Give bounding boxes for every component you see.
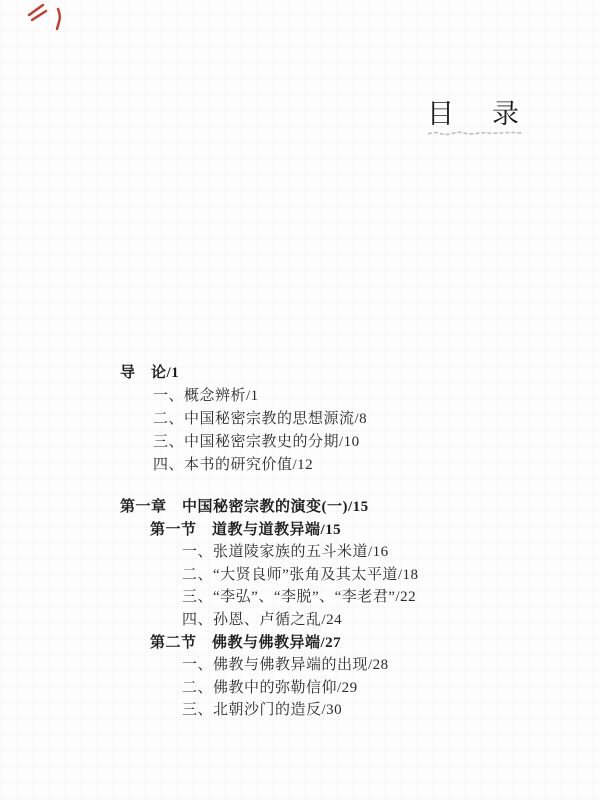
toc-entry-section-heading: 第二节 佛教与佛教异端/27 <box>120 632 590 655</box>
toc-entry: 二、“大贤良师”张角及其太平道/18 <box>120 564 590 587</box>
scanned-toc-page: 目 录 导 论/1 一、概念辨析/1 二、中国秘密宗教的思想源流/8 三、中国秘… <box>0 0 600 800</box>
page-title-char: 目 <box>427 99 454 129</box>
toc-entry: 三、中国秘密宗教史的分期/10 <box>120 431 590 454</box>
toc-entry-chapter-heading: 第一章 中国秘密宗教的演变(一)/15 <box>120 496 590 519</box>
toc-intro-section: 导 论/1 一、概念辨析/1 二、中国秘密宗教的思想源流/8 三、中国秘密宗教史… <box>120 362 590 477</box>
page-title-char: 录 <box>492 99 519 129</box>
toc-entry: 四、本书的研究价值/12 <box>120 454 590 477</box>
page-title-block: 目 录 <box>427 99 547 129</box>
toc-entry: 三、“李弘”、“李脱”、“李老君”/22 <box>120 586 590 609</box>
title-underline-rule <box>427 130 523 137</box>
toc-entry: 三、北朝沙门的造反/30 <box>120 699 590 722</box>
toc-entry: 一、张道陵家族的五斗米道/16 <box>120 541 590 564</box>
toc-entry: 一、佛教与佛教异端的出现/28 <box>120 654 590 677</box>
red-mark-stroke <box>57 9 60 29</box>
toc-entry: 四、孙恩、卢循之乱/24 <box>120 609 590 632</box>
toc-entry: 二、佛教中的弥勒信仰/29 <box>120 677 590 700</box>
toc-entry-section-heading: 第一节 道教与道教异端/15 <box>120 519 590 542</box>
toc-entry: 一、概念辨析/1 <box>120 385 590 408</box>
red-pen-marks-icon <box>24 2 70 32</box>
toc-chapter1-section: 第一章 中国秘密宗教的演变(一)/15 第一节 道教与道教异端/15 一、张道陵… <box>120 496 590 722</box>
toc-entry: 二、中国秘密宗教的思想源流/8 <box>120 408 590 431</box>
title-underline-stroke <box>428 132 522 134</box>
page-title: 目 录 <box>427 99 547 129</box>
toc-entry-intro-heading: 导 论/1 <box>120 362 590 385</box>
